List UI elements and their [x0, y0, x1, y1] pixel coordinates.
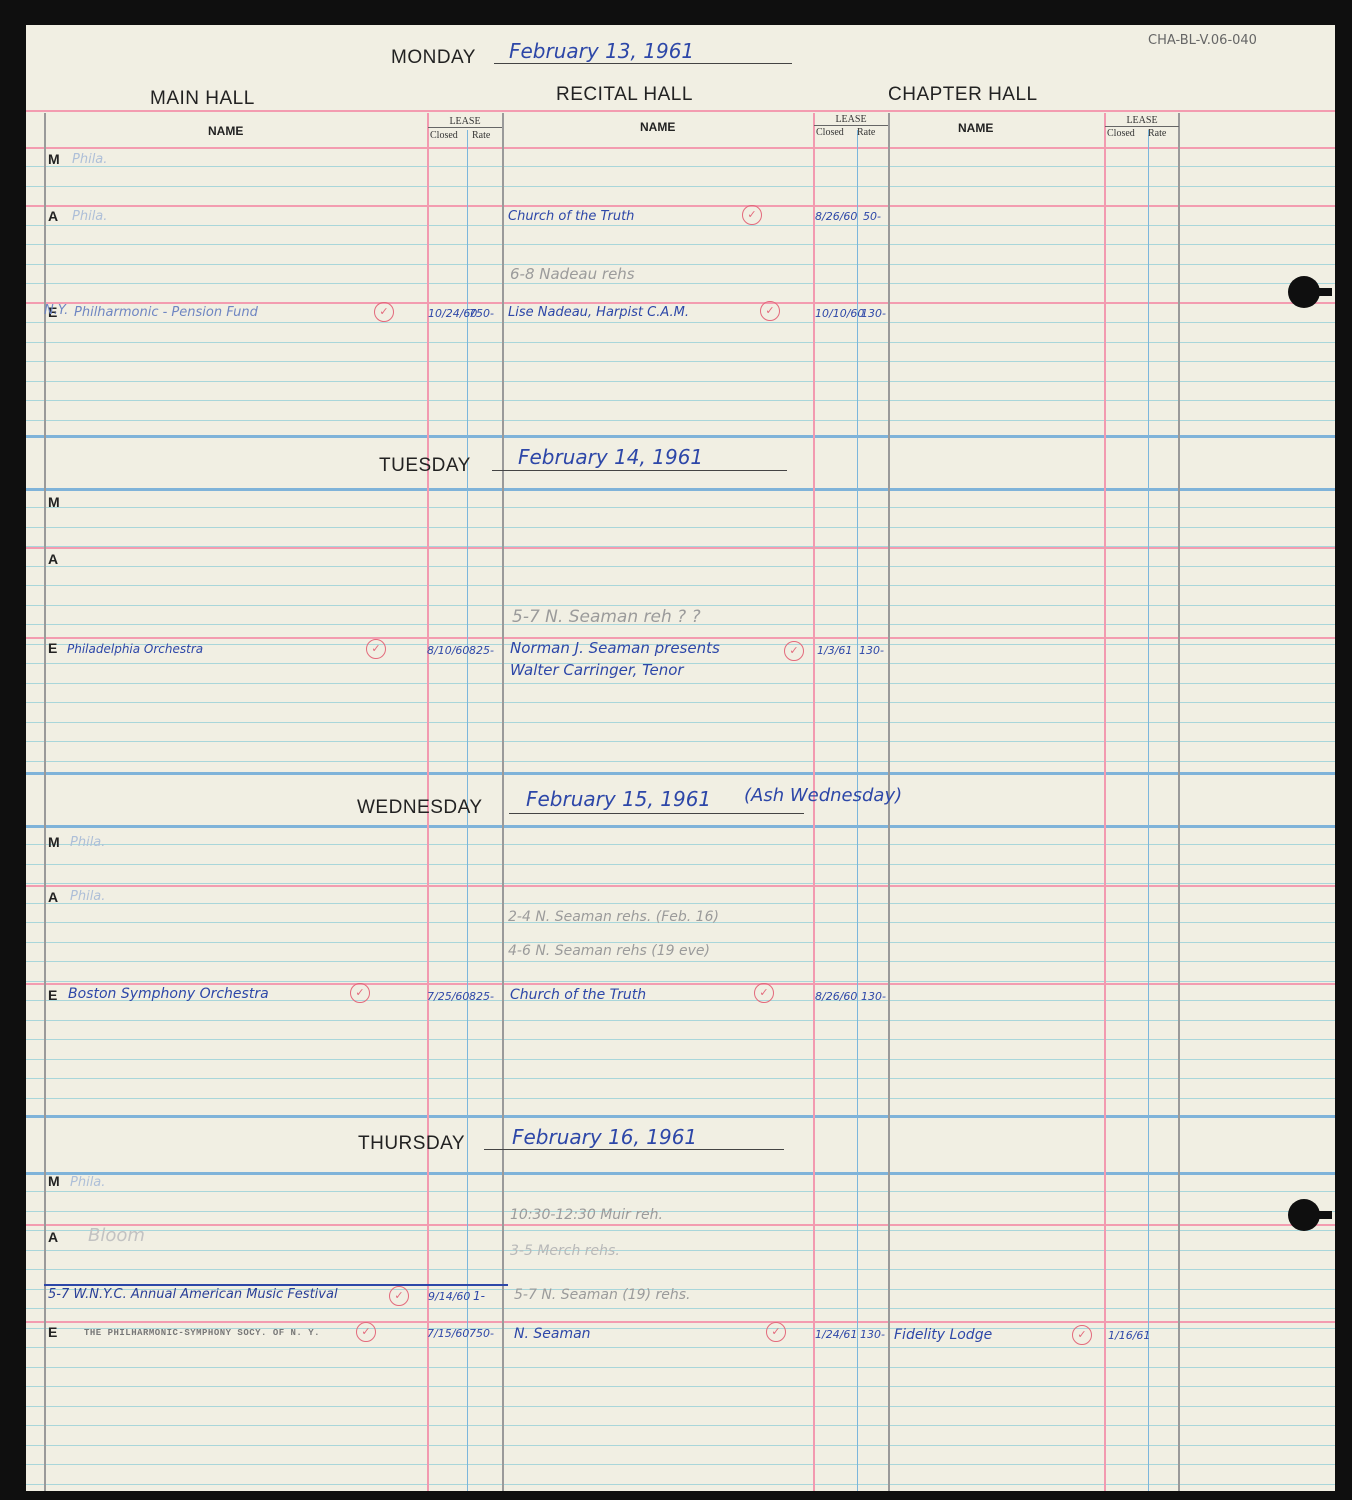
closed-date: 8/26/60: [815, 210, 857, 223]
entry-main-a[interactable]: Phila.: [70, 889, 105, 904]
rule-line: [26, 883, 1335, 884]
main-hall-title: MAIN HALL: [150, 88, 255, 110]
recital-rate-header: Rate: [857, 127, 875, 138]
rate: 130-: [860, 1328, 885, 1341]
date-underline: [484, 1149, 784, 1150]
check-icon: ✓: [374, 302, 394, 322]
rate: 50-: [863, 210, 881, 223]
closed-date: 7/25/60: [427, 990, 469, 1003]
rule-line: [26, 1172, 1335, 1175]
entry-main-e[interactable]: Philharmonic - Pension Fund: [74, 305, 258, 320]
check-icon: ✓: [1072, 1325, 1092, 1345]
entry-main-special[interactable]: 5-7 W.N.Y.C. Annual American Music Festi…: [48, 1287, 338, 1302]
rule-line: [26, 1321, 1335, 1323]
closed-date: 1/3/61: [817, 644, 852, 657]
rate: 750-: [469, 1327, 494, 1340]
ledger-page: CHA-BL-V.06-040 MONDAY February 13, 1961…: [26, 25, 1335, 1491]
entry-recital-e[interactable]: Norman J. Seaman presents: [510, 639, 720, 657]
check-icon: ✓: [389, 1286, 409, 1306]
rule-line: [26, 1269, 1335, 1270]
rule-line: [26, 400, 1335, 401]
rule-line: [26, 1445, 1335, 1446]
entry-chapter-e[interactable]: Fidelity Lodge: [894, 1327, 992, 1343]
day-title-thursday: THURSDAY: [358, 1133, 465, 1155]
slot-evening: E: [48, 987, 57, 1003]
binder-hole-tail: [1312, 288, 1332, 296]
rule-line: [26, 864, 1335, 865]
rule-line: [26, 1115, 1335, 1118]
main-closed-header: Closed: [430, 130, 458, 141]
rule-line: [26, 983, 1335, 985]
rule-line: [26, 435, 1335, 438]
entry-main-a[interactable]: Bloom: [88, 1225, 145, 1246]
rule-line: [26, 1406, 1335, 1407]
rule-line: [26, 1059, 1335, 1060]
entry-main-m[interactable]: Phila.: [70, 835, 105, 850]
day-title-tuesday: TUESDAY: [379, 455, 471, 477]
pencil-note[interactable]: 2-4 N. Seaman rehs. (Feb. 16): [508, 909, 719, 925]
rate: 130-: [861, 990, 886, 1003]
chapter-lease-header: LEASE: [1105, 115, 1179, 127]
rate: 1-: [473, 1289, 485, 1303]
rule-line: [26, 683, 1335, 684]
check-icon: ✓: [754, 983, 774, 1003]
chapter-rate-divider: [1148, 130, 1149, 1491]
rule-line: [26, 702, 1335, 703]
rule-line: [26, 420, 1335, 421]
entry-recital-e2[interactable]: Walter Carringer, Tenor: [510, 661, 684, 679]
rule-line: [26, 1078, 1335, 1079]
entry-prefix: N.Y.: [44, 303, 68, 318]
rule-line: [26, 903, 1335, 904]
closed-date: 10/10/60: [815, 307, 864, 320]
chapter-rate-header: Rate: [1148, 128, 1166, 139]
entry-main-e-stamp[interactable]: THE PHILHARMONIC-SYMPHONY SOCY. OF N. Y.: [84, 1328, 320, 1338]
check-icon: ✓: [742, 205, 762, 225]
rule-line: [26, 1211, 1335, 1212]
rule-line: [26, 761, 1335, 762]
recital-hall-title: RECITAL HALL: [556, 84, 693, 106]
rule-line: [26, 1230, 1335, 1231]
date-thursday: February 16, 1961: [512, 1125, 697, 1149]
date-note: (Ash Wednesday): [744, 785, 902, 806]
catalog-number: CHA-BL-V.06-040: [1148, 33, 1257, 48]
rule-line: [26, 244, 1335, 245]
rule-line: [26, 264, 1335, 265]
slot-evening: E: [48, 640, 57, 656]
rule-line: [26, 844, 1335, 845]
rule-line: [26, 772, 1335, 775]
entry-recital-e[interactable]: N. Seaman: [514, 1326, 591, 1342]
rate: 825-: [469, 644, 494, 657]
rule-line: [26, 302, 1335, 304]
rule-line: [26, 110, 1335, 112]
chapter-hall-title: CHAPTER HALL: [888, 84, 1038, 106]
closed-date: 1/16/61: [1108, 1329, 1150, 1342]
rule-line: [26, 1484, 1335, 1485]
check-icon: ✓: [760, 301, 780, 321]
check-icon: ✓: [356, 1322, 376, 1342]
rule-line: [26, 322, 1335, 323]
rule-line: [26, 1098, 1335, 1099]
rule-line: [26, 1020, 1335, 1021]
slot-afternoon: A: [48, 889, 58, 905]
chapter-closed-header: Closed: [1107, 128, 1135, 139]
rule-line: [26, 722, 1335, 723]
rule-line: [26, 527, 1335, 528]
insert-line: [44, 1284, 508, 1286]
pencil-note[interactable]: 3-5 Merch rehs.: [510, 1243, 620, 1259]
entry-main-e[interactable]: Boston Symphony Orchestra: [68, 986, 269, 1002]
rule-line: [26, 585, 1335, 586]
rule-line: [26, 166, 1335, 167]
date-monday: February 13, 1961: [509, 39, 694, 63]
pencil-note[interactable]: 10:30-12:30 Muir reh.: [510, 1207, 663, 1223]
entry-main-a[interactable]: Phila.: [72, 209, 107, 224]
entry-main-m[interactable]: Phila.: [72, 152, 107, 167]
rule-line: [26, 1308, 1335, 1309]
slot-afternoon: A: [48, 1229, 58, 1245]
chapter-lease-divider: [1104, 113, 1106, 1491]
entry-main-m[interactable]: Phila.: [70, 1175, 105, 1190]
rate: 130-: [859, 644, 884, 657]
check-icon: ✓: [766, 1322, 786, 1342]
entry-main-e[interactable]: Philadelphia Orchestra: [67, 642, 203, 656]
rate: 750-: [469, 307, 494, 320]
rule-line: [26, 1367, 1335, 1368]
recital-name-header: NAME: [640, 120, 675, 134]
main-rate-header: Rate: [472, 130, 490, 141]
rule-line: [26, 1224, 1335, 1226]
pencil-note[interactable]: 4-6 N. Seaman rehs (19 eve): [508, 943, 710, 959]
rule-line: [26, 1039, 1335, 1040]
rule-line: [26, 342, 1335, 343]
date-tuesday: February 14, 1961: [518, 445, 703, 469]
rule-line: [26, 741, 1335, 742]
rule-line: [26, 825, 1335, 828]
rate: 130-: [861, 307, 886, 320]
closed-date: 1/24/61: [815, 1328, 857, 1341]
recital-lease-header: LEASE: [814, 114, 888, 126]
recital-rate-divider: [857, 130, 858, 1491]
closed-date: 8/10/60: [427, 644, 469, 657]
rule-line: [26, 566, 1335, 567]
date-underline: [494, 63, 792, 64]
check-icon: ✓: [784, 641, 804, 661]
check-icon: ✓: [366, 639, 386, 659]
slot-afternoon: A: [48, 551, 58, 567]
rule-line: [26, 885, 1335, 887]
entry-recital-a[interactable]: Church of the Truth: [508, 209, 634, 224]
right-margin-line: [1178, 113, 1180, 1491]
date-underline: [492, 470, 787, 471]
closed-date: 9/14/60: [428, 1290, 470, 1303]
slot-evening: E: [48, 1324, 57, 1340]
slot-morning: M: [48, 494, 60, 510]
rule-line: [26, 507, 1335, 508]
slot-morning: M: [48, 834, 60, 850]
binder-hole-tail: [1312, 1211, 1332, 1219]
rule-line: [26, 283, 1335, 284]
slot-morning: M: [48, 1173, 60, 1189]
pencil-note[interactable]: 5-7 N. Seaman reh ? ?: [512, 607, 701, 627]
rule-line: [26, 186, 1335, 187]
main-lease-header: LEASE: [428, 116, 502, 128]
closed-date: 8/26/60: [815, 990, 857, 1003]
rule-line: [26, 225, 1335, 226]
date-wednesday: February 15, 1961: [526, 787, 711, 811]
rule-line: [26, 1250, 1335, 1251]
rule-line: [26, 605, 1335, 606]
rule-line: [26, 205, 1335, 207]
slot-morning: M: [48, 151, 60, 167]
day-title-wednesday: WEDNESDAY: [357, 797, 483, 819]
rule-line: [26, 147, 1335, 149]
recital-closed-header: Closed: [816, 127, 844, 138]
main-name-header: NAME: [208, 124, 243, 138]
pencil-note[interactable]: 6-8 Nadeau rehs: [510, 265, 635, 283]
entry-recital-e[interactable]: Lise Nadeau, Harpist C.A.M.: [508, 305, 689, 320]
rule-line: [26, 1464, 1335, 1465]
date-underline: [509, 813, 804, 814]
rule-line: [26, 1347, 1335, 1348]
rule-line: [26, 1425, 1335, 1426]
rule-line: [26, 1191, 1335, 1192]
closed-date: 7/15/60: [427, 1327, 469, 1340]
rule-line: [26, 981, 1335, 982]
entry-recital-e[interactable]: Church of the Truth: [510, 987, 646, 1003]
rule-line: [26, 361, 1335, 362]
rule-line: [26, 1386, 1335, 1387]
slot-afternoon: A: [48, 208, 58, 224]
rule-line: [26, 961, 1335, 962]
rule-line: [26, 547, 1335, 549]
rule-line: [26, 381, 1335, 382]
pencil-note[interactable]: 5-7 N. Seaman (19) rehs.: [514, 1287, 690, 1303]
rule-line: [26, 488, 1335, 491]
check-icon: ✓: [350, 983, 370, 1003]
day-title-monday: MONDAY: [391, 47, 476, 69]
rate: 825-: [469, 990, 494, 1003]
chapter-name-header: NAME: [958, 121, 993, 135]
